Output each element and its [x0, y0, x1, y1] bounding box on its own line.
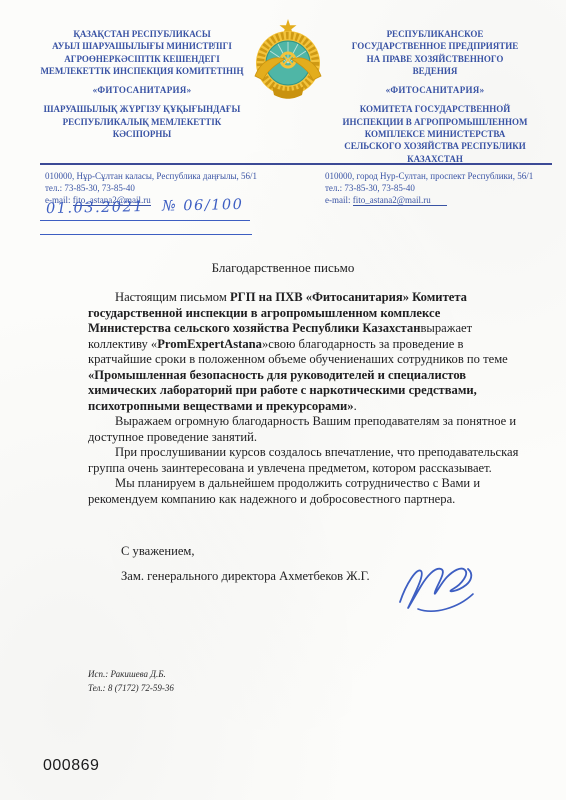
paragraph-4: Мы планируем в дальнейшем продолжить сот…	[88, 476, 522, 507]
closing-salutation: С уважением,	[121, 544, 195, 559]
signatory-title-name: Зам. генерального директора Ахметбеков Ж…	[121, 569, 370, 584]
email-address: fito_astana2@mail.ru	[353, 195, 447, 206]
org-name-kazakh: «ФИТОСАНИТАРИЯ»	[26, 84, 258, 96]
handwritten-number: № 06/100	[162, 197, 244, 215]
letterhead-kazakh: ҚАЗАҚСТАН РЕСПУБЛИКАСЫ АУЫЛ ШАРУАШЫЛЫҒЫ …	[26, 28, 258, 140]
p1-company-bold: PromExpertAstana	[157, 337, 262, 351]
document-number: 000869	[43, 757, 99, 775]
address-line: 010000, Нұр-Сұлтан каласы, Республика да…	[45, 170, 320, 182]
handwritten-date-number: 01.03.2021№ 06/100	[46, 197, 246, 217]
p1-course-title-bold: «Промышленная безопасность для руководит…	[88, 368, 477, 413]
paragraph-2: Выражаем огромную благодарность Вашим пр…	[88, 414, 522, 445]
p1-text: .	[354, 399, 357, 413]
handwritten-date: 01.03.2021	[46, 199, 144, 217]
address-line: 010000, город Нур-Султан, проспект Респу…	[325, 170, 557, 182]
p1-text: Настоящим письмом	[115, 290, 230, 304]
kazakhstan-coat-of-arms-icon	[250, 18, 326, 102]
letterhead-line: РЕСПУБЛИКАНСКОЕ	[316, 28, 554, 40]
letterhead-russian: РЕСПУБЛИКАНСКОЕ ГОСУДАРСТВЕННОЕ ПРЕДПРИЯ…	[316, 28, 554, 165]
letterhead-line: АУЫЛ ШАРУАШЫЛЫҒЫ МИНИСТРЛІГІ	[26, 40, 258, 52]
letterhead-line: КӘСІПОРНЫ	[26, 128, 258, 140]
letterhead-line: ИНСПЕКЦИИ В АГРОПРОМЫШЛЕННОМ	[316, 116, 554, 128]
letterhead-line: НА ПРАВЕ ХОЗЯЙСТВЕННОГО	[316, 53, 554, 65]
paragraph-3: При прослушивании курсов создалось впеча…	[88, 445, 522, 476]
letterhead-line: ШАРУАШЫЛЫҚ ЖҮРГІЗУ ҚҰҚЫҒЫНДАҒЫ	[26, 103, 258, 115]
letterhead-line: ГОСУДАРСТВЕННОЕ ПРЕДПРИЯТИЕ	[316, 40, 554, 52]
letterhead-line: КОМПЛЕКСЕ МИНИСТЕРСТВА	[316, 128, 554, 140]
executor-name: Исп.: Ракишева Д.Б.	[88, 668, 174, 682]
org-name-russian: «ФИТОСАНИТАРИЯ»	[316, 84, 554, 96]
letter-body: Настоящим письмом РГП на ПХВ «Фитосанита…	[88, 290, 522, 507]
paragraph-1: Настоящим письмом РГП на ПХВ «Фитосанита…	[88, 290, 522, 414]
email-label: e-mail:	[325, 195, 353, 205]
handwritten-signature	[390, 556, 478, 618]
email-line: e-mail: fito_astana2@mail.ru	[325, 194, 557, 206]
footer-executor-block: Исп.: Ракишева Д.Б. Тел.: 8 (7172) 72-59…	[88, 668, 174, 695]
contact-block-russian: 010000, город Нур-Султан, проспект Респу…	[325, 170, 557, 206]
scanned-letter-page: ҚАЗАҚСТАН РЕСПУБЛИКАСЫ АУЫЛ ШАРУАШЫЛЫҒЫ …	[0, 0, 566, 800]
date-underline	[40, 220, 250, 221]
letterhead-line: АГРОӨНЕРКӘСІПТІК КЕШЕНДЕГІ	[26, 53, 258, 65]
letterhead-line: РЕСПУБЛИКАЛЫҚ МЕМЛЕКЕТТІК	[26, 116, 258, 128]
letterhead-line: ҚАЗАҚСТАН РЕСПУБЛИКАСЫ	[26, 28, 258, 40]
phone-line: тел.: 73-85-30, 73-85-40	[45, 182, 320, 194]
number-underline	[40, 234, 252, 235]
letter-title: Благодарственное письмо	[0, 260, 566, 276]
letterhead-line: ВЕДЕНИЯ	[316, 65, 554, 77]
header-divider	[40, 163, 552, 165]
letterhead-line: СЕЛЬСКОГО ХОЗЯЙСТВА РЕСПУБЛИКИ	[316, 140, 554, 152]
letterhead-line: КОМИТЕТА ГОСУДАРСТВЕННОЙ	[316, 103, 554, 115]
phone-line: тел.: 73-85-30, 73-85-40	[325, 182, 557, 194]
executor-phone: Тел.: 8 (7172) 72-59-36	[88, 682, 174, 696]
letterhead-line: МЕМЛЕКЕТТІК ИНСПЕКЦИЯ КОМИТЕТІНІҢ	[26, 65, 258, 77]
